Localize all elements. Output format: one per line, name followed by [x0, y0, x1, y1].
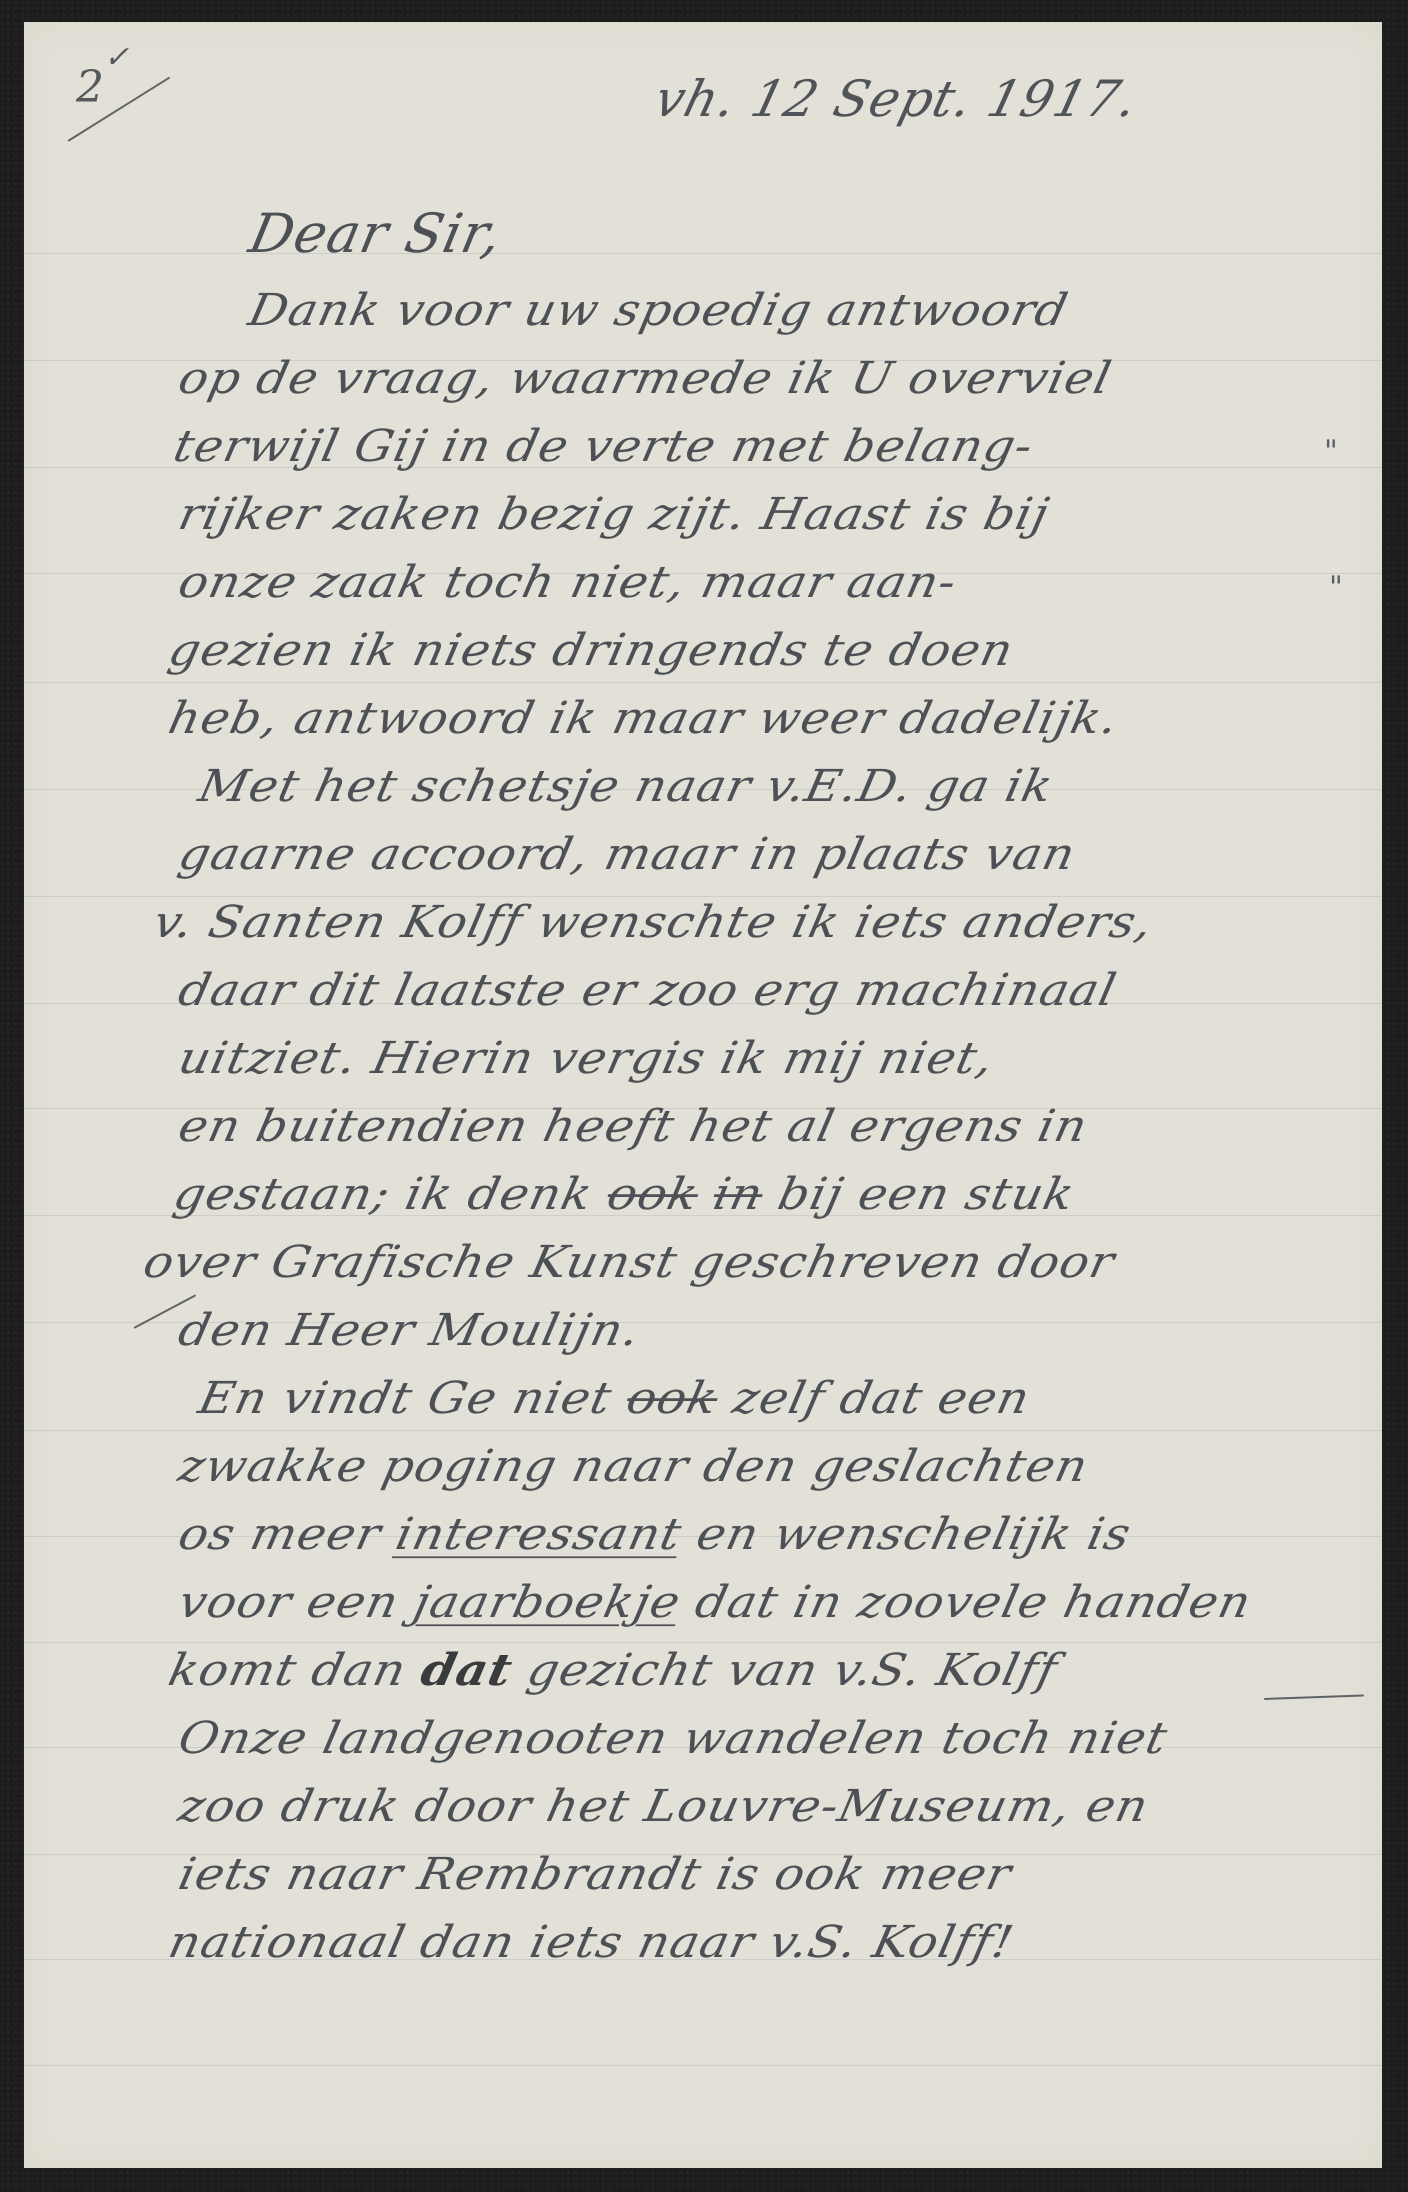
letter-line: en buitendien heeft het al ergens in: [174, 1100, 1092, 1152]
rule-line: [24, 1642, 1382, 1643]
line-text: den Heer Moulijn.: [174, 1304, 645, 1356]
rule-line: [24, 1430, 1382, 1431]
line-text: Met het schetsje naar v.E.D. ga ik: [194, 760, 1058, 812]
letter-line: iets naar Rembrandt is ook meer: [174, 1848, 1016, 1900]
line-text: Dank voor uw spoedig antwoord: [244, 284, 1073, 336]
letter-line: Onze landgenooten wandelen toch niet: [174, 1712, 1172, 1764]
underlined-word: jaarboekje: [409, 1576, 685, 1628]
rule-line: [24, 2065, 1382, 2066]
letter-line: op de vraag, waarmede ik U overviel: [174, 352, 1116, 404]
line-text: iets naar Rembrandt is ook meer: [174, 1848, 1016, 1900]
line-text: gezien ik niets dringends te doen: [164, 624, 1018, 676]
struck-out-word: ook: [622, 1372, 723, 1424]
line-text: v. Santen Kolff wenschte ik iets anders,: [149, 896, 1158, 948]
letter-line: zoo druk door het Louvre-Museum, en: [174, 1780, 1154, 1832]
line-text: onze zaak toch niet, maar aan-: [174, 556, 962, 608]
line-text: gestaan; ik denk: [169, 1168, 614, 1220]
line-text: nationaal dan iets naar v.S. Kolff!: [164, 1916, 1019, 1968]
letter-line: Dank voor uw spoedig antwoord: [244, 284, 1073, 336]
letter-line: Met het schetsje naar v.E.D. ga ik: [194, 760, 1058, 812]
line-text: zwakke poging naar den geslachten: [174, 1440, 1093, 1492]
page-number: 2: [76, 62, 105, 113]
line-text: dat in zoovele handen: [675, 1576, 1257, 1628]
line-text: en wenschelijk is: [676, 1508, 1136, 1560]
pen-stroke: [1264, 1695, 1364, 1700]
line-text: daar dit laatste er zoo erg machinaal: [174, 964, 1121, 1016]
letter-line: v. Santen Kolff wenschte ik iets anders,: [149, 896, 1158, 948]
letter-page: 2 ✓ vh. 12 Sept. 1917. Dear Sir, Dank vo…: [24, 22, 1382, 2168]
line-text: bij een stuk: [757, 1168, 1079, 1220]
line-text: gezicht van v.S. Kolff: [506, 1644, 1062, 1696]
letter-line: onze zaak toch niet, maar aan-: [174, 556, 962, 608]
letter-line: uitziet. Hierin vergis ik mij niet,: [174, 1032, 999, 1084]
line-text: zelf dat een: [712, 1372, 1035, 1424]
letter-line: heb, antwoord ik maar weer dadelijk.: [164, 692, 1123, 744]
underlined-word: interessant: [391, 1508, 686, 1560]
salutation: Dear Sir,: [244, 202, 508, 265]
line-text: os meer: [174, 1508, 402, 1560]
letter-date: vh. 12 Sept. 1917.: [649, 70, 1144, 128]
line-text: uitziet. Hierin vergis ik mij niet,: [174, 1032, 999, 1084]
line-text: gaarne accoord, maar in plaats van: [174, 828, 1080, 880]
letter-line: gaarne accoord, maar in plaats van: [174, 828, 1080, 880]
line-text: over Grafische Kunst geschreven door: [139, 1236, 1120, 1288]
letter-line: gezien ik niets dringends te doen: [164, 624, 1018, 676]
rule-line: [24, 253, 1382, 254]
margin-hyphen-mark: ": [1324, 434, 1338, 469]
line-text: terwijl Gij in de verte met belang-: [169, 420, 1038, 472]
margin-hyphen-mark: ": [1329, 570, 1343, 605]
line-text: zoo druk door het Louvre-Museum, en: [174, 1780, 1154, 1832]
line-text: Onze landgenooten wandelen toch niet: [174, 1712, 1172, 1764]
line-text: en buitendien heeft het al ergens in: [174, 1100, 1092, 1152]
letter-line: gestaan; ik denk ook in bij een stuk: [169, 1168, 1079, 1220]
letter-line: En vindt Ge niet ook zelf dat een: [194, 1372, 1035, 1424]
check-mark-icon: ✓: [104, 40, 130, 75]
overwritten-word: dat: [417, 1644, 518, 1696]
letter-line: nationaal dan iets naar v.S. Kolff!: [164, 1916, 1019, 1968]
line-text: komt dan: [164, 1644, 428, 1696]
letter-line: den Heer Moulijn.: [174, 1304, 645, 1356]
line-text: voor een: [174, 1576, 420, 1628]
letter-line: daar dit laatste er zoo erg machinaal: [174, 964, 1121, 1016]
line-text: heb, antwoord ik maar weer dadelijk.: [164, 692, 1123, 744]
letter-line: over Grafische Kunst geschreven door: [139, 1236, 1120, 1288]
line-text: rijker zaken bezig zijt. Haast is bij: [174, 488, 1054, 540]
letter-line: zwakke poging naar den geslachten: [174, 1440, 1093, 1492]
struck-out-word: ook: [603, 1168, 704, 1220]
letter-line: os meer interessant en wenschelijk is: [174, 1508, 1136, 1560]
letter-line: terwijl Gij in de verte met belang-: [169, 420, 1038, 472]
rule-line: [24, 682, 1382, 683]
letter-line: rijker zaken bezig zijt. Haast is bij: [174, 488, 1054, 540]
letter-line: komt dan dat gezicht van v.S. Kolff: [164, 1644, 1062, 1696]
line-text: op de vraag, waarmede ik U overviel: [174, 352, 1116, 404]
line-text: En vindt Ge niet: [194, 1372, 633, 1424]
letter-line: voor een jaarboekje dat in zoovele hande…: [174, 1576, 1256, 1628]
